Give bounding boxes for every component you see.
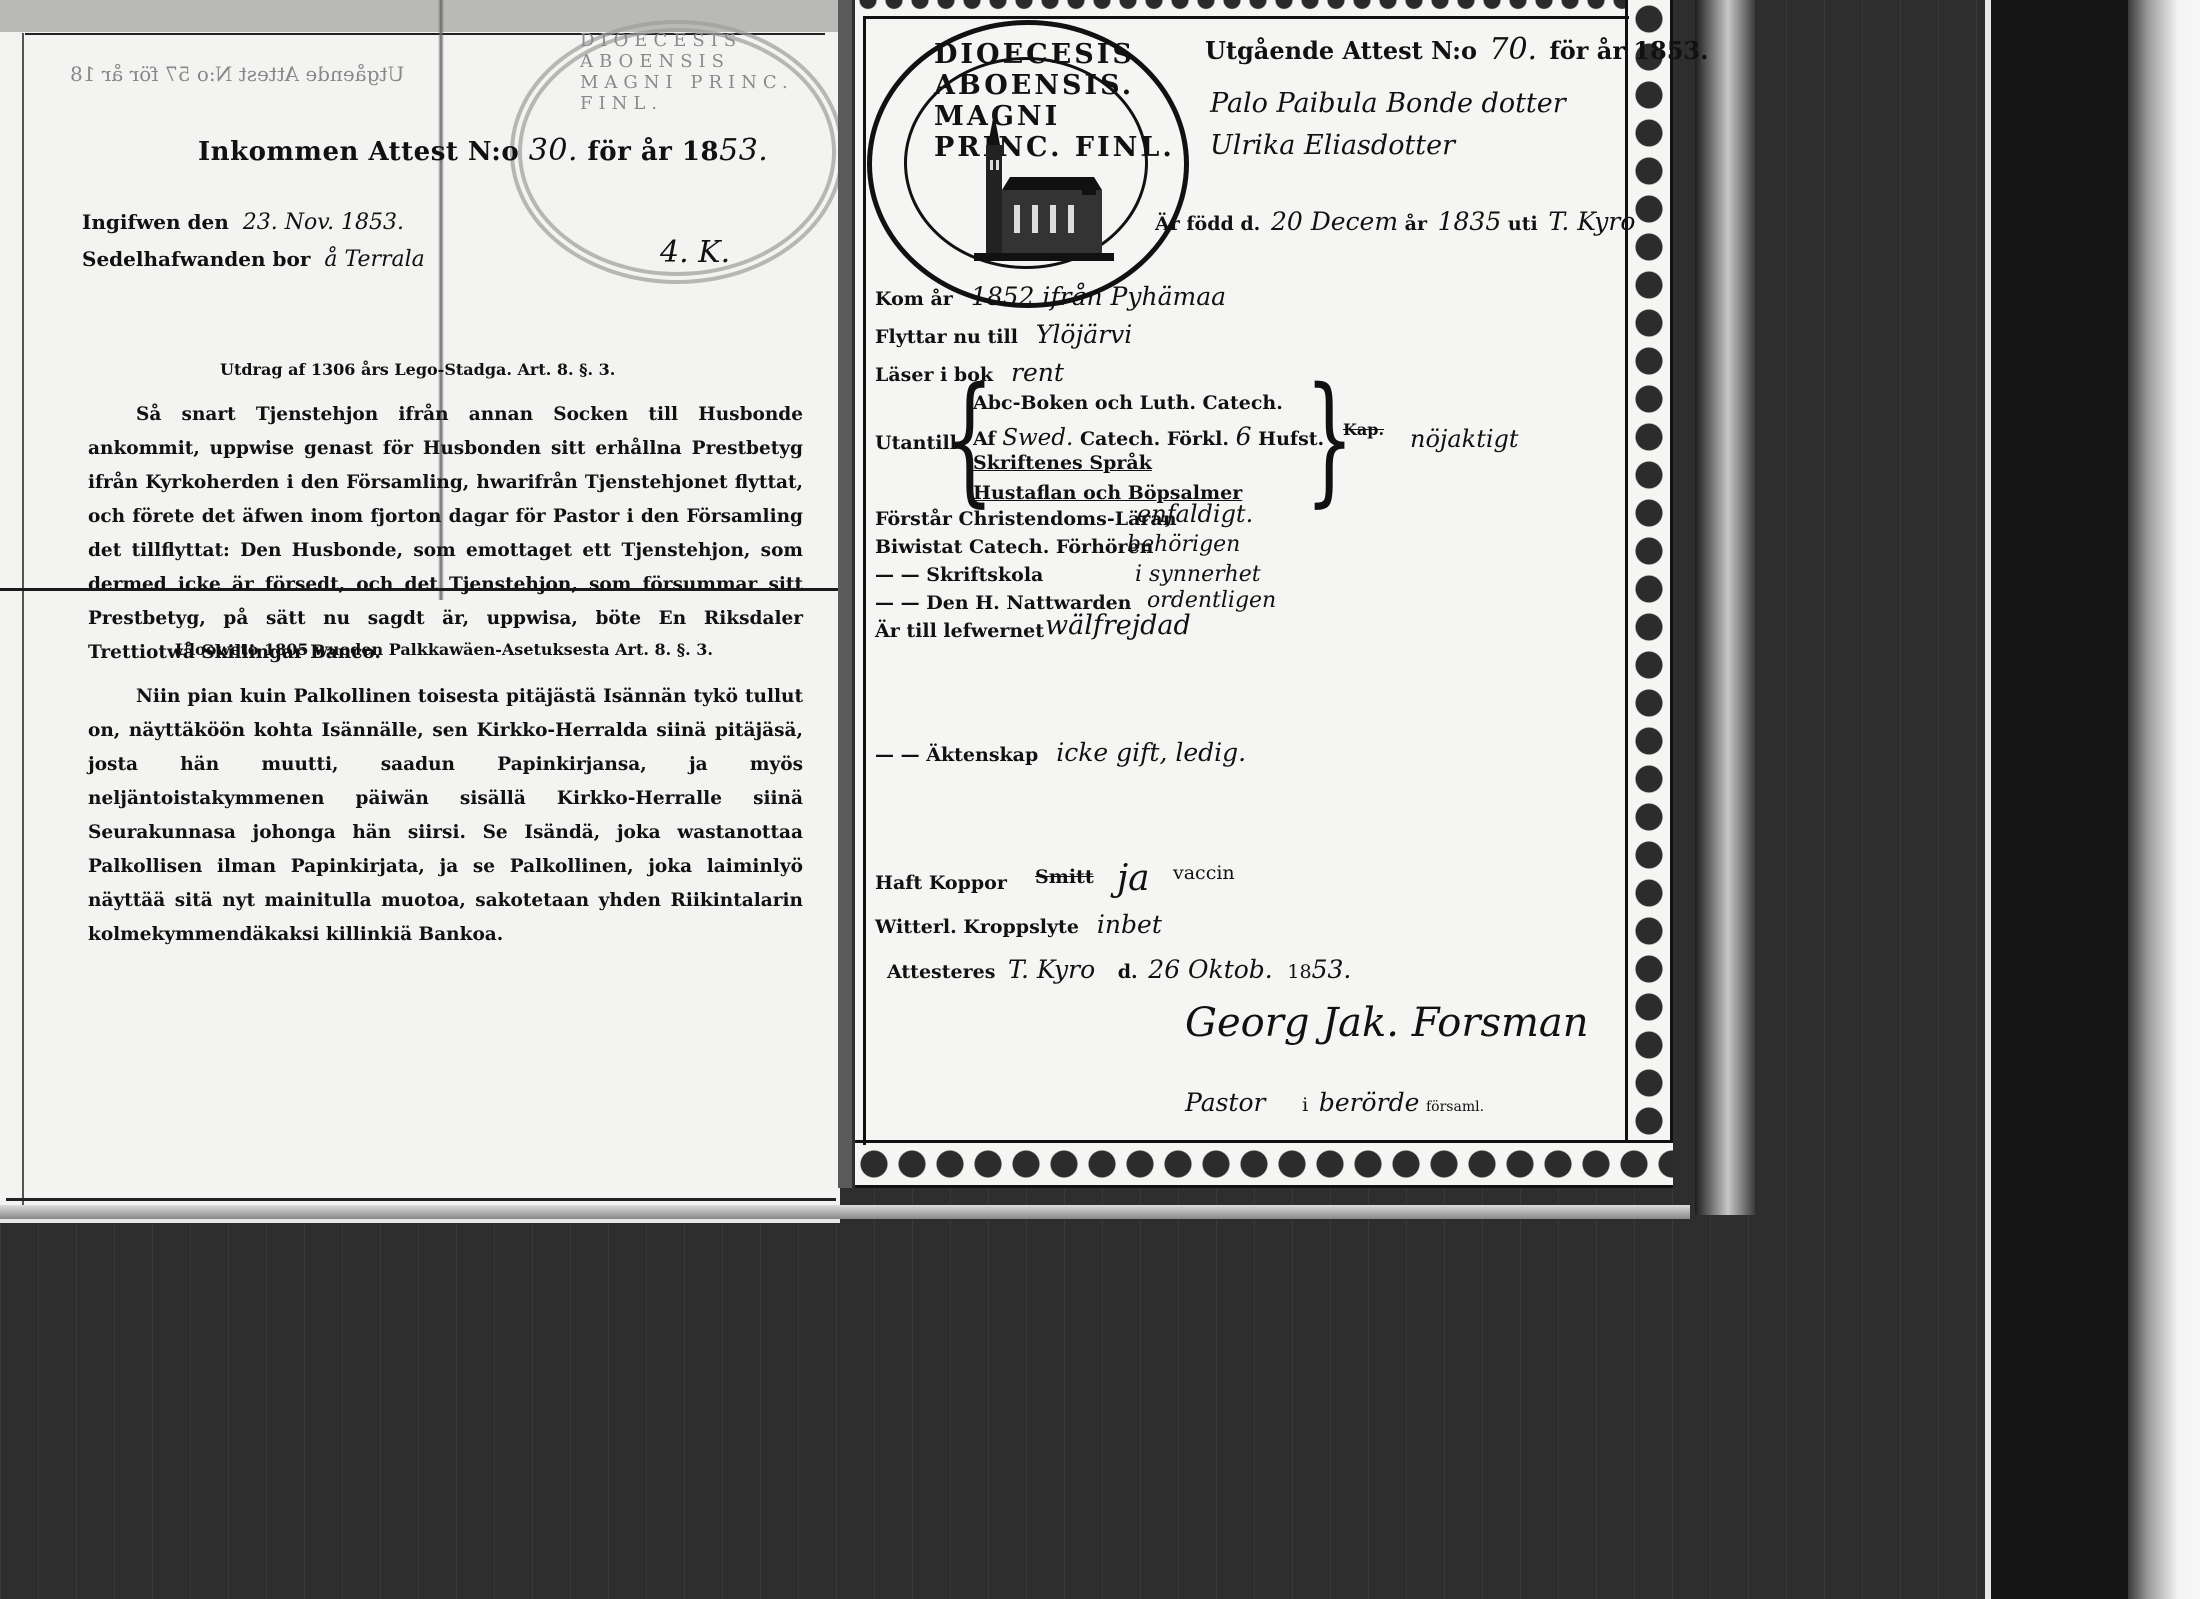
swedish-law-excerpt: Så snart Tjenstehjon ifrån annan Socken … [88, 398, 803, 670]
finnish-section-heading: Ulooweto 1805 wuoden Palkkawäen-Asetukse… [175, 640, 713, 659]
birth-line: Är född d. 20 Decem år 1835 uti T. Kyro [1155, 207, 1635, 236]
signature-role-line: Pastor i berörde församl. [1185, 1088, 1484, 1117]
ornamental-border-top [855, 0, 1673, 14]
catechism-hearing-value: behörigen [1127, 532, 1240, 557]
vaccin-label: vaccin [1173, 862, 1235, 884]
right-page-certificate: DIOECESIS ABOENSIS. MAGNI PRINC. FINL. U… [855, 0, 1673, 1188]
ornamental-border-bottom [855, 1140, 1673, 1188]
marriage-row: — — Äktenskapicke gift, ledig. [875, 738, 1246, 767]
incoming-certificate-title: Inkommen Attest N:o 30. för år 1853. [198, 133, 768, 168]
utantill-item-catechism: Af Swed. Catech. Förkl. 6 Hufst. [973, 422, 1324, 451]
conduct-value: wälfrejdad [1045, 610, 1191, 641]
bleed-through-text: Utgående Attest N:o 57 för år 18 [70, 62, 404, 86]
received-date-field: Ingifwen den23. Nov. 1853. [82, 210, 404, 235]
attest-place: T. Kyro [1008, 955, 1095, 984]
confirmation-school-value: i synnerhet [1135, 562, 1261, 587]
left-page: Utgående Attest N:o 57 för år 18 DIOECES… [0, 0, 840, 1223]
swedish-section-heading: Utdrag af 1306 års Lego-Stadga. Art. 8. … [220, 360, 615, 379]
residence-field: Sedelhafwanden borå Terrala [82, 247, 425, 272]
christianity-value: enfaldigt. [1137, 500, 1253, 528]
signature-role: Pastor [1185, 1088, 1265, 1117]
birth-year: 1835 [1438, 207, 1502, 236]
marriage-value: icke gift, ledig. [1056, 738, 1246, 767]
certificate-number: 70. [1489, 32, 1537, 67]
page-bottom-edge [0, 1205, 1690, 1219]
person-name-line: Ulrika Eliasdotter [1210, 130, 1455, 161]
finnish-law-excerpt: Niin pian kuin Palkollinen toisesta pitä… [88, 680, 803, 952]
arrival-value: 1852 ifrån Pyhämaa [971, 282, 1226, 311]
margin-note: 4. K. [660, 235, 730, 270]
pastor-signature: Georg Jak. Forsman [1185, 1000, 1589, 1046]
page-gutter-shadow [838, 0, 852, 1188]
outgoing-certificate-title: Utgående Attest N:o 70. för år 1853. [1205, 32, 1709, 67]
smallpox-value: ja [1117, 858, 1150, 899]
conduct-row: Är till lefwernet [875, 620, 1044, 642]
attest-date: 26 Oktob. [1148, 955, 1272, 984]
page-border-left [22, 33, 24, 1208]
moving-to-row: Flyttar nu tillYlöjärvi [875, 320, 1132, 349]
page-border-bottom [6, 1198, 836, 1201]
film-dark-strip [1991, 0, 2128, 1599]
kap-struck-label: Kap. [1343, 420, 1384, 439]
confirmation-school-row: — — Skriftskola [875, 564, 1043, 586]
residence-value: å Terrala [324, 247, 424, 272]
utantill-item-scripture: Skriftenes Språk [973, 452, 1152, 474]
smallpox-row: Haft Koppor [875, 872, 1007, 894]
arrival-row: Kom år1852 ifrån Pyhämaa [875, 282, 1226, 311]
birth-place: T. Kyro [1548, 207, 1635, 236]
faint-stamp-text: DIOECESIS ABOENSIS MAGNI PRINC. FINL. [580, 30, 840, 114]
physical-defects-value: inbet [1097, 910, 1162, 939]
diocese-seal: DIOECESIS ABOENSIS. MAGNI PRINC. FINL. [867, 20, 1189, 308]
utantill-item-abc: Abc-Boken och Luth. Catech. [973, 392, 1283, 414]
reading-value: rent [1011, 358, 1064, 387]
physical-defects-row: Witterl. Kroppslyteinbet [875, 910, 1162, 939]
birth-day: 20 Decem [1271, 207, 1398, 236]
horizontal-fold-crease [0, 588, 840, 591]
scan-white-margin [2128, 0, 2200, 1599]
received-date-value: 23. Nov. 1853. [243, 210, 404, 235]
person-origin-line: Palo Paibula Bonde dotter [1210, 88, 1566, 119]
christianity-row: Förstår Christendoms-Läran [875, 508, 1177, 530]
book-binding-edge [1695, 0, 1755, 1215]
attest-row: Attesteres T. Kyro d. 26 Oktob. 1853. [887, 955, 1351, 984]
ornamental-border-right [1625, 0, 1673, 1188]
utantill-assessment: nöjaktigt [1410, 425, 1519, 453]
moving-to-value: Ylöjärvi [1036, 320, 1132, 349]
catechism-hearing-row: Biwistat Catech. Förhören [875, 536, 1153, 558]
smallpox-struck-word: Smitt [1035, 866, 1094, 888]
church-engraving-icon [954, 105, 1114, 265]
certificate-number: 30. [529, 133, 578, 168]
